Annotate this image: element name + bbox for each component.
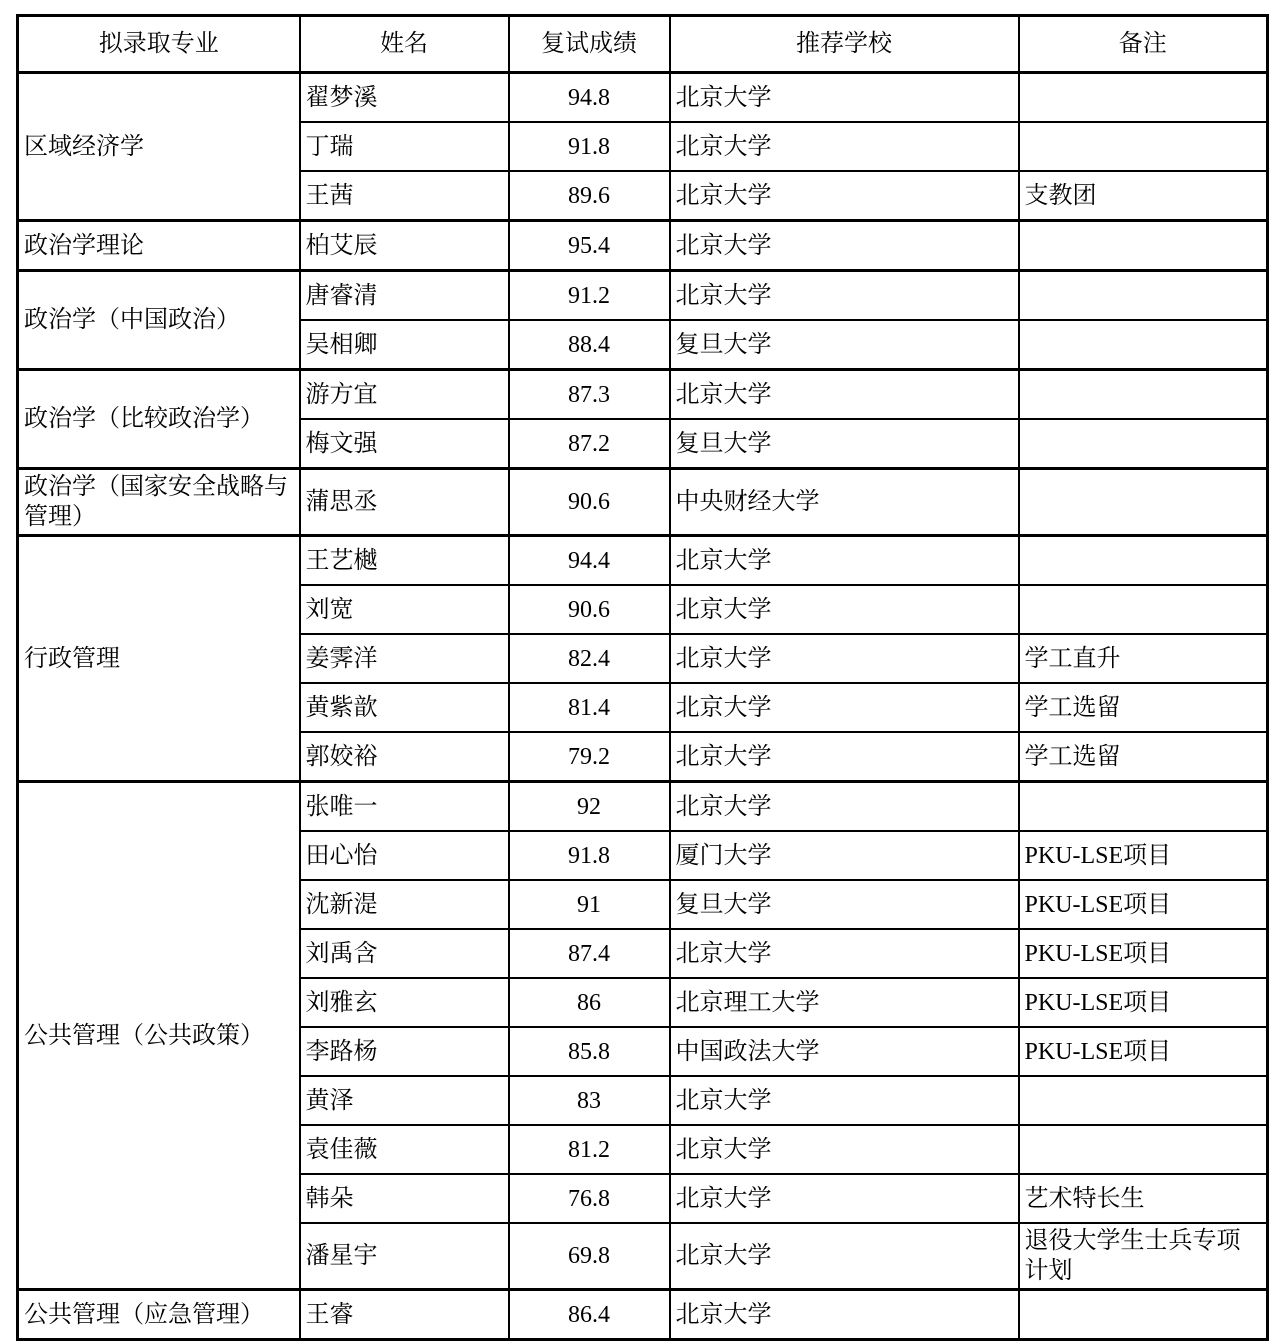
school-cell: 北京大学	[670, 370, 1019, 420]
remark-cell: PKU-LSE项目	[1019, 831, 1268, 880]
name-cell: 唐睿清	[300, 271, 509, 321]
header-remark: 备注	[1019, 16, 1268, 73]
table-row: 区域经济学翟梦溪94.8北京大学	[18, 73, 1268, 123]
school-cell: 复旦大学	[670, 320, 1019, 370]
remark-cell: PKU-LSE项目	[1019, 880, 1268, 929]
table-row: 政治学（国家安全战略与管理）蒲思丞90.6中央财经大学	[18, 469, 1268, 536]
remark-cell	[1019, 1076, 1268, 1125]
name-cell: 韩朵	[300, 1174, 509, 1223]
name-cell: 沈新湜	[300, 880, 509, 929]
score-cell: 87.3	[509, 370, 670, 420]
remark-cell	[1019, 419, 1268, 469]
remark-cell: PKU-LSE项目	[1019, 929, 1268, 978]
school-cell: 北京大学	[670, 73, 1019, 123]
name-cell: 吴相卿	[300, 320, 509, 370]
major-cell: 政治学理论	[18, 221, 300, 271]
school-cell: 复旦大学	[670, 880, 1019, 929]
score-cell: 94.8	[509, 73, 670, 123]
name-cell: 翟梦溪	[300, 73, 509, 123]
header-major: 拟录取专业	[18, 16, 300, 73]
remark-cell: PKU-LSE项目	[1019, 1027, 1268, 1076]
name-cell: 李路杨	[300, 1027, 509, 1076]
school-cell: 北京大学	[670, 929, 1019, 978]
major-cell: 政治学（中国政治）	[18, 271, 300, 370]
score-cell: 90.6	[509, 469, 670, 536]
name-cell: 梅文强	[300, 419, 509, 469]
table-row: 行政管理王艺樾94.4北京大学	[18, 536, 1268, 586]
name-cell: 游方宜	[300, 370, 509, 420]
name-cell: 王艺樾	[300, 536, 509, 586]
header-name: 姓名	[300, 16, 509, 73]
name-cell: 王茜	[300, 171, 509, 221]
school-cell: 北京大学	[670, 221, 1019, 271]
score-cell: 87.4	[509, 929, 670, 978]
school-cell: 北京大学	[670, 271, 1019, 321]
score-cell: 94.4	[509, 536, 670, 586]
school-cell: 北京理工大学	[670, 978, 1019, 1027]
name-cell: 郭姣裕	[300, 732, 509, 782]
school-cell: 北京大学	[670, 634, 1019, 683]
remark-cell	[1019, 73, 1268, 123]
remark-cell	[1019, 536, 1268, 586]
score-cell: 86	[509, 978, 670, 1027]
school-cell: 北京大学	[670, 536, 1019, 586]
remark-cell	[1019, 221, 1268, 271]
remark-cell	[1019, 370, 1268, 420]
school-cell: 北京大学	[670, 1290, 1019, 1340]
name-cell: 刘宽	[300, 585, 509, 634]
school-cell: 北京大学	[670, 585, 1019, 634]
score-cell: 91.8	[509, 122, 670, 171]
major-cell: 区域经济学	[18, 73, 300, 221]
score-cell: 82.4	[509, 634, 670, 683]
score-cell: 69.8	[509, 1223, 670, 1290]
name-cell: 田心怡	[300, 831, 509, 880]
score-cell: 81.2	[509, 1125, 670, 1174]
score-cell: 89.6	[509, 171, 670, 221]
score-cell: 86.4	[509, 1290, 670, 1340]
score-cell: 85.8	[509, 1027, 670, 1076]
name-cell: 黄泽	[300, 1076, 509, 1125]
table-row: 政治学（比较政治学）游方宜87.3北京大学	[18, 370, 1268, 420]
name-cell: 刘雅玄	[300, 978, 509, 1027]
table-row: 政治学（中国政治）唐睿清91.2北京大学	[18, 271, 1268, 321]
name-cell: 潘星宇	[300, 1223, 509, 1290]
remark-cell	[1019, 271, 1268, 321]
remark-cell: 学工选留	[1019, 683, 1268, 732]
score-cell: 88.4	[509, 320, 670, 370]
score-cell: 95.4	[509, 221, 670, 271]
remark-cell	[1019, 122, 1268, 171]
remark-cell: 支教团	[1019, 171, 1268, 221]
header-row: 拟录取专业姓名复试成绩推荐学校备注	[18, 16, 1268, 73]
remark-cell	[1019, 1290, 1268, 1340]
score-cell: 83	[509, 1076, 670, 1125]
remark-cell	[1019, 1125, 1268, 1174]
name-cell: 蒲思丞	[300, 469, 509, 536]
major-cell: 公共管理（公共政策）	[18, 782, 300, 1290]
admission-table: 拟录取专业姓名复试成绩推荐学校备注 区域经济学翟梦溪94.8北京大学丁瑞91.8…	[16, 14, 1269, 1341]
remark-cell: PKU-LSE项目	[1019, 978, 1268, 1027]
remark-cell	[1019, 782, 1268, 832]
school-cell: 北京大学	[670, 1125, 1019, 1174]
major-cell: 公共管理（应急管理）	[18, 1290, 300, 1340]
major-cell: 行政管理	[18, 536, 300, 782]
table-row: 政治学理论柏艾辰95.4北京大学	[18, 221, 1268, 271]
remark-cell: 艺术特长生	[1019, 1174, 1268, 1223]
remark-cell	[1019, 469, 1268, 536]
name-cell: 柏艾辰	[300, 221, 509, 271]
school-cell: 北京大学	[670, 1174, 1019, 1223]
name-cell: 王睿	[300, 1290, 509, 1340]
header-score: 复试成绩	[509, 16, 670, 73]
score-cell: 81.4	[509, 683, 670, 732]
name-cell: 丁瑞	[300, 122, 509, 171]
school-cell: 复旦大学	[670, 419, 1019, 469]
score-cell: 87.2	[509, 419, 670, 469]
remark-cell	[1019, 585, 1268, 634]
name-cell: 黄紫歆	[300, 683, 509, 732]
school-cell: 北京大学	[670, 122, 1019, 171]
name-cell: 姜霁洋	[300, 634, 509, 683]
school-cell: 中央财经大学	[670, 469, 1019, 536]
name-cell: 张唯一	[300, 782, 509, 832]
remark-cell	[1019, 320, 1268, 370]
school-cell: 北京大学	[670, 683, 1019, 732]
table-row: 公共管理（公共政策）张唯一92北京大学	[18, 782, 1268, 832]
school-cell: 北京大学	[670, 732, 1019, 782]
score-cell: 76.8	[509, 1174, 670, 1223]
score-cell: 91	[509, 880, 670, 929]
score-cell: 90.6	[509, 585, 670, 634]
remark-cell: 学工选留	[1019, 732, 1268, 782]
school-cell: 北京大学	[670, 1076, 1019, 1125]
school-cell: 北京大学	[670, 1223, 1019, 1290]
score-cell: 91.8	[509, 831, 670, 880]
remark-cell: 学工直升	[1019, 634, 1268, 683]
header-school: 推荐学校	[670, 16, 1019, 73]
major-cell: 政治学（比较政治学）	[18, 370, 300, 469]
school-cell: 北京大学	[670, 171, 1019, 221]
school-cell: 北京大学	[670, 782, 1019, 832]
score-cell: 91.2	[509, 271, 670, 321]
school-cell: 厦门大学	[670, 831, 1019, 880]
name-cell: 袁佳薇	[300, 1125, 509, 1174]
major-cell: 政治学（国家安全战略与管理）	[18, 469, 300, 536]
score-cell: 92	[509, 782, 670, 832]
school-cell: 中国政法大学	[670, 1027, 1019, 1076]
document-page: 拟录取专业姓名复试成绩推荐学校备注 区域经济学翟梦溪94.8北京大学丁瑞91.8…	[0, 0, 1280, 1341]
name-cell: 刘禹含	[300, 929, 509, 978]
table-row: 公共管理（应急管理）王睿86.4北京大学	[18, 1290, 1268, 1340]
score-cell: 79.2	[509, 732, 670, 782]
remark-cell: 退役大学生士兵专项计划	[1019, 1223, 1268, 1290]
